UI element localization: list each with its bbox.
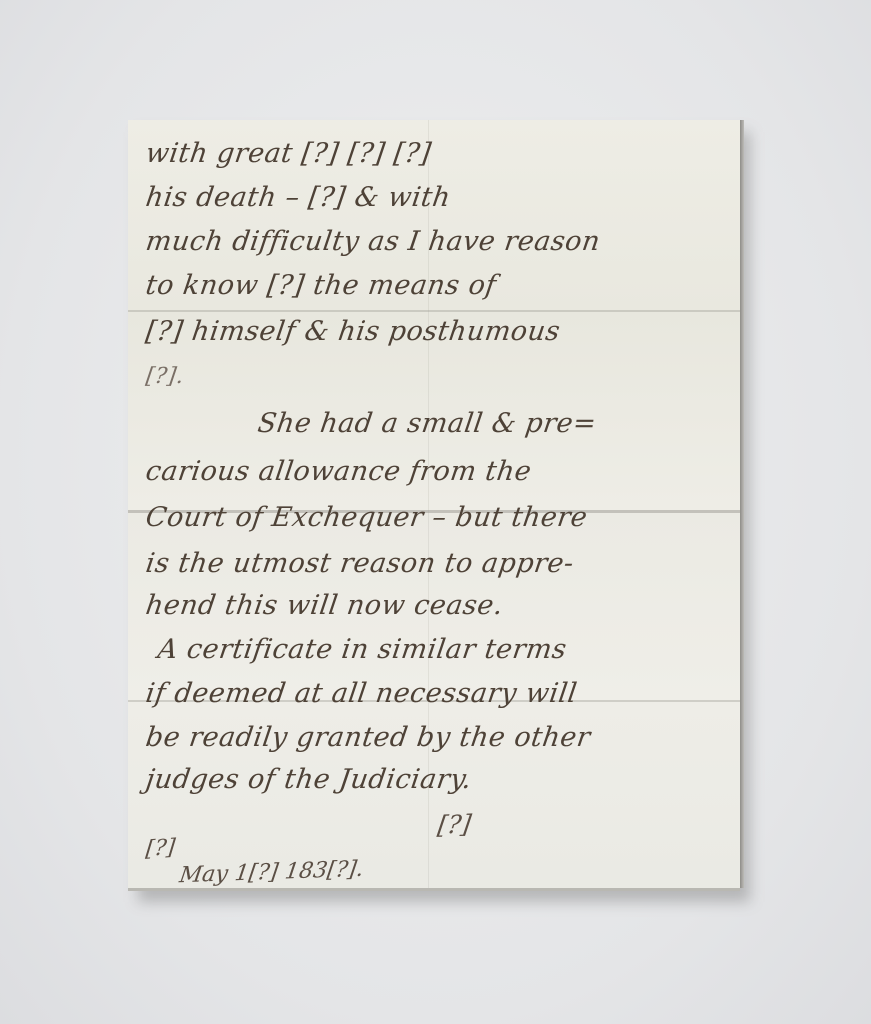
text-line: A certificate in similar terms (156, 634, 569, 665)
letter-sheet: with great [?] [?] [?] his death – [?] &… (128, 120, 740, 888)
text-line: be readily granted by the other (144, 722, 593, 753)
text-line: his death – [?] & with (144, 182, 453, 213)
paper-edge (128, 888, 740, 891)
paper-edge (740, 120, 744, 888)
text-line: with great [?] [?] [?] (144, 138, 433, 169)
fold-crease (128, 310, 740, 312)
text-line: [?] himself & his posthumous (144, 316, 562, 347)
place-line: [?] (145, 835, 177, 862)
text-line: to know [?] the means of (144, 270, 498, 301)
signature: [?] (436, 809, 473, 839)
text-line: [?]. (144, 364, 185, 389)
text-line: carious allowance from the (144, 456, 534, 487)
text-line: hend this will now cease. (144, 590, 505, 621)
text-line: if deemed at all necessary will (144, 678, 579, 709)
text-line: She had a small & pre= (256, 408, 599, 439)
text-line: much difficulty as I have reason (144, 226, 602, 257)
text-line: is the utmost reason to appre- (144, 548, 576, 579)
text-line: Court of Exchequer – but there (144, 502, 590, 533)
text-line: judges of the Judiciary. (144, 764, 474, 795)
